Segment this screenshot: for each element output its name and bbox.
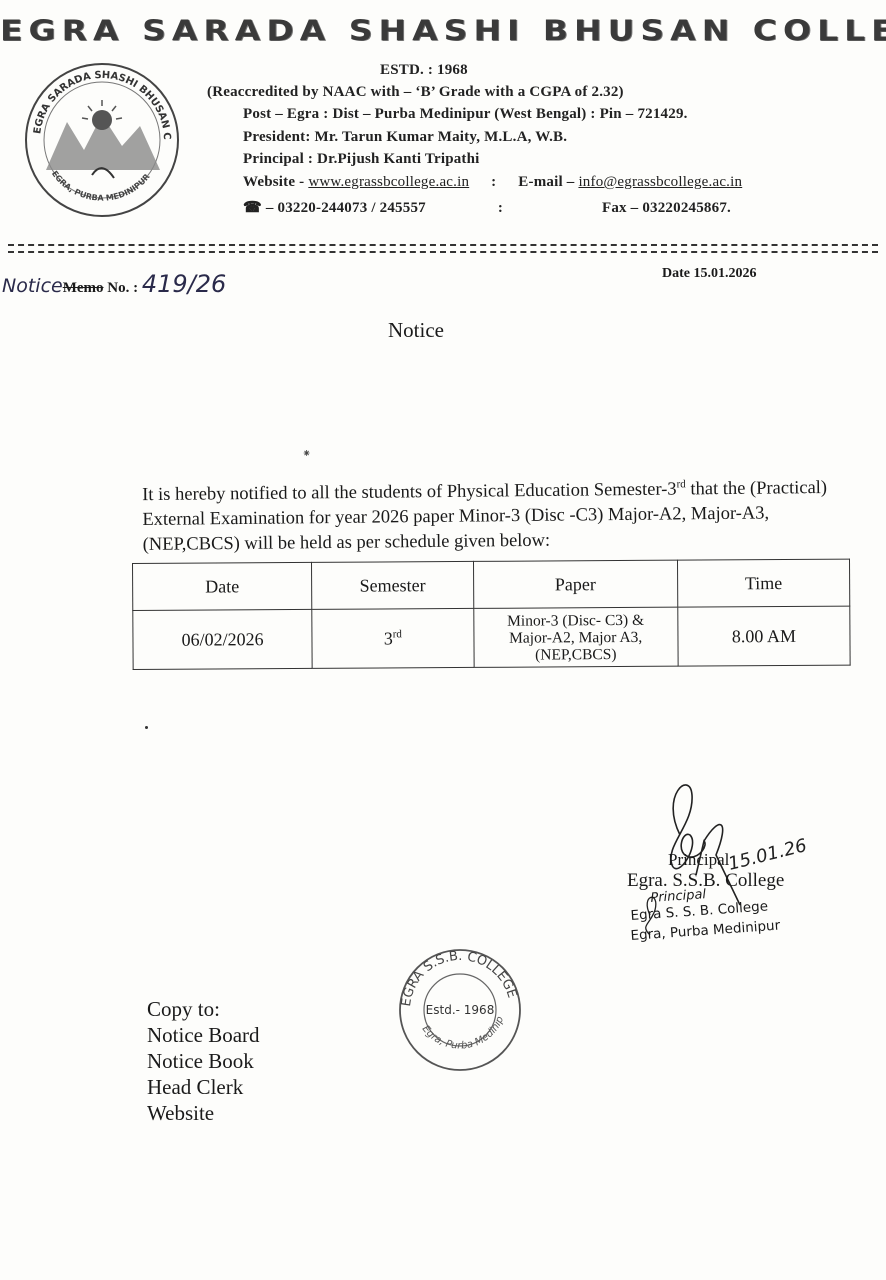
phone-fax-line: ☎ – 03220-244073 / 245557 : Fax – 032202… xyxy=(243,198,731,217)
college-name-banner: EGRA SARADA SHASHI BHUSAN COLLEGE xyxy=(0,14,886,47)
cell-semester: 3rd xyxy=(312,608,474,668)
struck-memo-label: Memo xyxy=(63,280,104,296)
semester-sup: rd xyxy=(393,628,402,640)
college-seal: EGRA S.S.B. COLLEGE Egra, Purba Medinipu… xyxy=(396,946,524,1074)
accreditation-line: (Reaccredited by NAAC with – ‘B’ Grade w… xyxy=(207,84,624,101)
handwritten-notice-prefix: Notice xyxy=(2,275,63,297)
cell-date: 06/02/2026 xyxy=(133,609,313,669)
paper-line: (NEP,CBCS) xyxy=(475,645,676,663)
svg-text:EGRA S.S.B. COLLEGE: EGRA S.S.B. COLLEGE xyxy=(399,949,519,1008)
fax-number: Fax – 03220245867. xyxy=(602,200,731,216)
seal-center-text: Estd.- 1968 xyxy=(426,1003,495,1017)
logo-bottom-text: EGRA, PURBA MEDINIPUR xyxy=(50,169,152,203)
cell-paper: Minor-3 (Disc- C3) & Major-A2, Major A3,… xyxy=(473,607,678,667)
list-item: Website xyxy=(147,1100,260,1126)
address-line: Post – Egra : Dist – Purba Medinipur (We… xyxy=(243,106,688,123)
paper-line: Major-A2, Major A3, xyxy=(475,628,676,646)
college-logo-emblem: EGRA SARADA SHASHI BHUSAN COLLEGE EGRA, … xyxy=(22,60,182,220)
signatory-title: Principal xyxy=(668,850,729,870)
notice-date: Date 15.01.2026 xyxy=(662,266,757,282)
website-label: Website - xyxy=(243,174,308,190)
header-date: Date xyxy=(133,562,313,610)
body-superscript: rd xyxy=(677,478,686,490)
president-line: President: Mr. Tarun Kumar Maity, M.L.A,… xyxy=(243,129,567,146)
copy-to-list: Copy to: Notice Board Notice Book Head C… xyxy=(147,996,260,1126)
phone-number: – 03220-244073 / 245557 xyxy=(266,200,426,216)
separator: : xyxy=(491,174,496,190)
notice-body: It is hereby notified to all the student… xyxy=(142,471,833,558)
principal-line: Principal : Dr.Pijush Kanti Tripathi xyxy=(243,151,480,168)
memo-no-label: No. : xyxy=(104,280,142,296)
email-link[interactable]: info@egrassbcollege.ac.in xyxy=(578,174,742,190)
header-divider xyxy=(8,244,878,258)
table-row: 06/02/2026 3rd Minor-3 (Disc- C3) & Majo… xyxy=(133,606,850,669)
notice-title: Notice xyxy=(388,318,444,343)
svg-text:EGRA, PURBA MEDINIPUR: EGRA, PURBA MEDINIPUR xyxy=(50,169,152,203)
list-item: Notice Board xyxy=(147,1022,260,1048)
cell-time: 8.00 AM xyxy=(678,606,850,666)
header-time: Time xyxy=(677,559,849,607)
separator: : xyxy=(498,200,503,216)
header-paper: Paper xyxy=(473,560,678,608)
body-text-part1: It is hereby notified to all the student… xyxy=(142,480,677,506)
established-year: ESTD. : 1968 xyxy=(380,62,468,79)
stray-dot xyxy=(145,726,148,729)
email-label: E-mail – xyxy=(518,174,578,190)
contact-web-email-line: Website - www.egrassbcollege.ac.in : E-m… xyxy=(243,174,742,191)
memo-number-line: NoticeMemo No. : 419/26 xyxy=(2,270,226,298)
list-item: Head Clerk xyxy=(147,1074,260,1100)
exam-schedule-table: Date Semester Paper Time 06/02/2026 3rd … xyxy=(132,559,851,670)
copy-to-label: Copy to: xyxy=(147,996,260,1022)
table-header-row: Date Semester Paper Time xyxy=(133,559,850,610)
header-semester: Semester xyxy=(312,561,474,609)
signature-date: 15.01.26 xyxy=(726,835,809,875)
scan-mark: ⁕ xyxy=(302,447,311,460)
telephone-icon: ☎ xyxy=(243,200,262,216)
paper-line: Minor-3 (Disc- C3) & xyxy=(475,611,676,629)
list-item: Notice Book xyxy=(147,1048,260,1074)
website-link[interactable]: www.egrassbcollege.ac.in xyxy=(308,174,469,190)
memo-number-handwritten: 419/26 xyxy=(142,270,226,298)
seal-top-text: EGRA S.S.B. COLLEGE xyxy=(399,949,519,1008)
